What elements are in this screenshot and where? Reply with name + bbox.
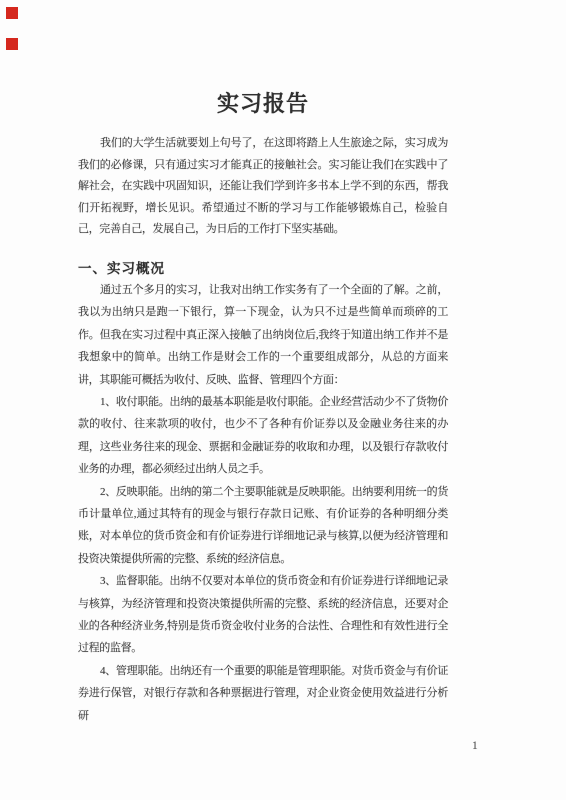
document-page: 实习报告 我们的大学生活就要划上句号了，在这即将踏上人生旅途之际，实习成为我们的… [0,0,566,800]
section-paragraphs: 通过五个多月的实习，让我对出纳工作实务有了一个全面的了解。之前，我以为出纳只是跑… [78,279,448,727]
document-title: 实习报告 [78,92,448,116]
intro-paragraph: 我们的大学生活就要划上句号了，在这即将踏上人生旅途之际，实习成为我们的必修课，只… [78,133,448,241]
page-number: 1 [472,740,478,752]
section-paragraph-function-3: 3、监督职能。出纳不仅要对本单位的货币资金和有价证券进行详细地记录与核算，为经济… [78,570,448,660]
section-paragraph-function-2: 2、反映职能。出纳的第二个主要职能就是反映职能。出纳要利用统一的货币计量单位,通… [78,481,448,571]
section-paragraph-function-4: 4、管理职能。出纳还有一个重要的职能是管理职能。对货币资金与有价证券进行保管，对… [78,660,448,727]
section-heading: 一、实习概况 [78,258,448,279]
section-paragraph-overview: 通过五个多月的实习，让我对出纳工作实务有了一个全面的了解。之前，我以为出纳只是跑… [78,279,448,391]
red-annotation-mark-bottom [6,38,18,50]
red-annotation-mark-top [6,7,18,19]
section-paragraph-function-1: 1、收付职能。出纳的最基本职能是收付职能。企业经营活动少不了货物价款的收付、往来… [78,391,448,481]
document-body: 实习报告 我们的大学生活就要划上句号了，在这即将踏上人生旅途之际，实习成为我们的… [78,92,448,727]
